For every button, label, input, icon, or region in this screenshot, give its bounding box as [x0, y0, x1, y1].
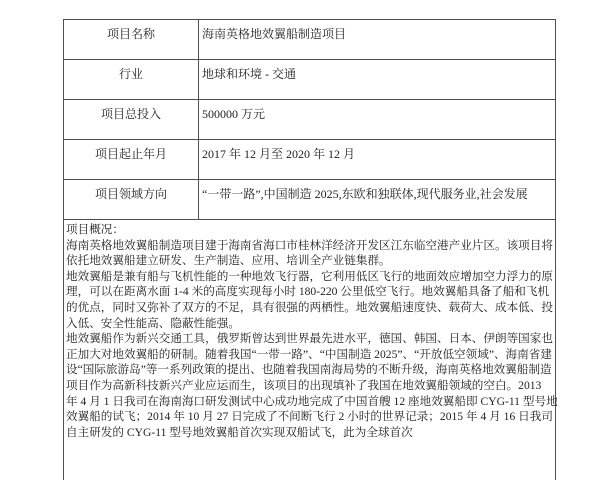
- overview-text-line: 入低、安全性能高、隐蔽性能强。: [66, 316, 553, 332]
- field-label-total-investment: 项目总投入: [64, 100, 199, 140]
- table-row: 项目名称 海南英格地效翼船制造项目: [64, 20, 556, 60]
- project-overview-section: 项目概况： 海南英格地效翼船制造项目建于海南省海口市桂林洋经济开发区江东临空港产…: [63, 220, 556, 398]
- field-value-total-investment: 500000 万元: [199, 100, 556, 140]
- field-value-project-domain: “一带一路”,中国制造 2025,东欧和独联体,现代服务业,社会发展: [199, 180, 556, 220]
- overview-heading: 项目概况：: [66, 222, 553, 238]
- project-info-table: 项目名称 海南英格地效翼船制造项目 行业 地球和环境 - 交通 项目总投入 50…: [63, 19, 556, 220]
- overview-text-line: 设“国际旅游岛”等一系列政策的提出、也随着我国南海局势的不断升级，海南英格地效翼…: [66, 362, 553, 378]
- table-row: 项目领域方向 “一带一路”,中国制造 2025,东欧和独联体,现代服务业,社会发…: [64, 180, 556, 220]
- field-label-project-name: 项目名称: [64, 20, 199, 60]
- table-row: 项目总投入 500000 万元: [64, 100, 556, 140]
- field-value-project-name: 海南英格地效翼船制造项目: [199, 20, 556, 60]
- overview-text-line: 的优点，同时又弥补了双方的不足，具有很强的两栖性。地效翼船速度快、载荷大、成本低…: [66, 300, 553, 316]
- field-label-project-domain: 项目领域方向: [64, 180, 199, 220]
- overview-text-line: 海南英格地效翼船制造项目建于海南省海口市桂林洋经济开发区江东临空港产业片区。该项…: [66, 238, 553, 254]
- overview-text-line: 年 4 月 1 日我司在海南海口研发测试中心成功地完成了中国首艘 12 座地效翼…: [66, 394, 553, 398]
- field-label-industry: 行业: [64, 60, 199, 100]
- overview-text-line: 地效翼船是兼有船与飞机性能的一种地效飞行器，它利用低区飞行的地面效应增加空力浮力…: [66, 269, 553, 285]
- overview-text-line: 依托地效翼船建立研发、生产制造、应用、培训全产业链集群。: [66, 253, 553, 269]
- overview-text-line: 理，可以在距离水面 1-4 米的高度实现每小时 180-220 公里低空飞行。地…: [66, 284, 553, 300]
- table-row: 项目起止年月 2017 年 12 月至 2020 年 12 月: [64, 140, 556, 180]
- overview-text-line: 地效翼船作为新兴交通工具，俄罗斯曾达到世界最先进水平，德国、韩国、日本、伊朗等国…: [66, 331, 553, 347]
- field-label-project-period: 项目起止年月: [64, 140, 199, 180]
- project-document: 项目名称 海南英格地效翼船制造项目 行业 地球和环境 - 交通 项目总投入 50…: [63, 19, 556, 398]
- field-value-project-period: 2017 年 12 月至 2020 年 12 月: [199, 140, 556, 180]
- overview-text-line: 正加大对地效翼船的研制。随着我国“一带一路”、“中国制造 2025”、“开放低空…: [66, 347, 553, 363]
- overview-text-line: 项目作为高新科技新兴产业应运而生，该项目的出现填补了我国在地效翼船领域的空白。2…: [66, 378, 553, 394]
- field-value-industry: 地球和环境 - 交通: [199, 60, 556, 100]
- table-row: 行业 地球和环境 - 交通: [64, 60, 556, 100]
